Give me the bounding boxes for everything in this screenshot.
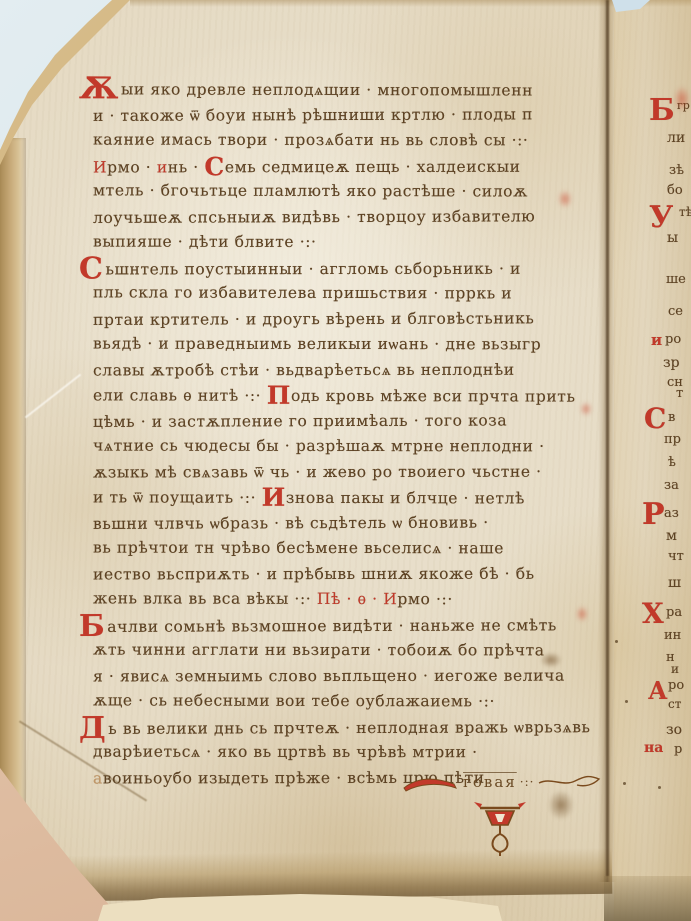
bottom-right-shadow xyxy=(604,876,691,921)
text-segment: дварѣиетьсѧ · яко вь цртвѣ вь чрѣвѣ мтри… xyxy=(93,743,478,762)
jug-ornament-icon xyxy=(468,798,532,856)
text-segment: иество вьсприѫть · и прѣбывь шниѫ якоже … xyxy=(93,564,535,583)
catchword-text: говая xyxy=(463,773,517,791)
folio-fragment: и xyxy=(671,662,679,676)
folio-fragment: р xyxy=(674,742,682,757)
text-line: лоучьшеѫ спсьныиѫ видѣвь · творцоу избав… xyxy=(93,204,609,231)
text-segment: вьшни члвчь ѡбразь · вѣ сьдѣтель ѡ бнови… xyxy=(93,513,489,532)
rubric-segment: И xyxy=(93,158,107,176)
text-line: и · такоже ѿ боуи нынѣ рѣшниши кртлю · п… xyxy=(93,102,609,129)
text-segment: я · явисѧ земныимь слово вьпльщено · иег… xyxy=(93,666,565,685)
text-segment: цѣмь · и застѫпление го приимѣаль · того… xyxy=(93,411,507,430)
text-segment: нь · xyxy=(168,158,205,176)
text-line: дварѣиетьсѧ · яко вь цртвѣ вь чрѣвѣ мтри… xyxy=(93,740,609,766)
folio-fragment: Б xyxy=(649,93,675,128)
folio-fragment: ро xyxy=(668,678,684,693)
text-line: Бачлви сомьнѣ вьзмошное видѣти · наньже … xyxy=(93,612,609,639)
folio-fragment: в xyxy=(668,410,675,425)
folio-fragment: аз xyxy=(664,506,679,521)
text-segment: емь седмицеѫ пещь · халдеискыи xyxy=(225,157,521,176)
text-line: цѣмь · и застѫпление го приимѣаль · того… xyxy=(93,408,609,435)
folio-fragment: зо xyxy=(666,722,682,738)
catchword: говая ·:· xyxy=(402,770,603,794)
text-segment: пртаи кртитель · и дроугь вѣрень и блгов… xyxy=(93,309,534,329)
folio-fragment: Х xyxy=(642,597,664,630)
folio-fragment: ин xyxy=(664,628,681,643)
text-line: выпияше · дѣти блвите ·:· xyxy=(93,230,609,256)
text-line: ѫть чинни агглати ни вьзирати · тобоиѫ б… xyxy=(93,638,609,664)
folio-fragment: се xyxy=(668,304,683,319)
text-segment: ыи яко древле неплодѧщии · многопомышлен… xyxy=(121,80,533,99)
text-segment: и ть ѿ поущаить ·:· xyxy=(93,488,262,506)
manuscript-photo: БгрлизѣбоУтѣышесеирозрснтСвпрѣзаРазмчтшХ… xyxy=(0,0,691,921)
ink-speck xyxy=(625,700,628,703)
text-line: ели славь ѳ нитѣ ·:· Подь кровь мѣже вси… xyxy=(93,382,609,409)
text-block: Ѫыи яко древле неплодѧщии · многопомышле… xyxy=(93,77,609,791)
text-line: славы ѫтробѣ стѣи · вьдварѣетьсѧ вь непл… xyxy=(93,357,609,383)
text-line: я · явисѧ земныимь слово вьпльщено · иег… xyxy=(93,663,609,689)
text-line: ѫзыкь мѣ свѧзавь ѿ чь · и жево ро твоиег… xyxy=(93,459,609,485)
text-line: пль скла го избавителева пришьствия · пр… xyxy=(93,280,609,307)
folio-fragment: ро xyxy=(665,332,681,347)
text-line: мтель · бгочьтьце пламлютѣ яко растѣше ·… xyxy=(93,178,609,205)
folio-fragment: Р xyxy=(642,497,665,532)
text-segment: вь прѣчтои тн чрѣво бесѣмене вьселисѧ · … xyxy=(93,539,504,558)
folio-fragment: ли xyxy=(667,130,685,146)
folio-fragment: С xyxy=(644,402,666,435)
text-segment: каяние имась твори · прозѧбати нь вь сло… xyxy=(93,131,528,150)
catchword-tail-flourish-icon xyxy=(537,771,603,793)
text-line: Ирмо · инь · Семь седмицеѫ пещь · халдеи… xyxy=(93,153,609,179)
rubric-segment: Пѣ · ѳ · xyxy=(317,590,383,608)
text-segment: рмо · xyxy=(107,158,157,176)
text-line: Дь вь велики днь сь прчтеѫ · неплодная в… xyxy=(93,714,609,741)
page-stack-edge xyxy=(0,138,26,862)
rubric-segment: С xyxy=(204,152,225,181)
drop-initial: Ѫ xyxy=(79,71,119,106)
folio-fragment: ст xyxy=(668,697,681,711)
text-segment: выпияше · дѣти блвите ·:· xyxy=(93,233,317,251)
ink-blot xyxy=(540,652,562,668)
rubric-segment: П xyxy=(267,381,291,410)
text-segment: ьшнтель поустыинныи · аггломь сьборьникь… xyxy=(105,259,521,278)
text-segment: знова пакы и блчце · нетлѣ xyxy=(286,489,525,508)
ink-speck xyxy=(615,640,618,643)
text-line: жень влка вь вса вѣкы ·:· Пѣ · ѳ · Ирмо … xyxy=(93,586,609,613)
catchword-trailing: ·:· xyxy=(520,775,535,789)
text-segment: ѫзыкь мѣ свѧзавь ѿ чь · и жево ро твоиег… xyxy=(93,462,542,481)
red-smudge xyxy=(558,190,572,208)
text-line: ѫще · сь небесными вои тебе оублажаиемь … xyxy=(93,688,609,715)
folio-fragment: тѣ xyxy=(679,205,691,219)
folio-fragment: м xyxy=(666,528,677,544)
folio-fragment: на xyxy=(644,740,663,756)
text-line: пртаи кртитель · и дроугь вѣрень и блгов… xyxy=(93,306,609,333)
folio-fragment: ы xyxy=(667,230,678,246)
text-segment: а xyxy=(93,769,103,787)
text-segment: славы ѫтробѣ стѣи · вьдварѣетьсѧ вь непл… xyxy=(93,360,515,379)
text-segment: пль скла го избавителева пришьствия · пр… xyxy=(93,283,512,302)
text-segment: мтель · бгочьтьце пламлютѣ яко растѣше ·… xyxy=(93,181,528,200)
red-smudge xyxy=(576,606,588,622)
ink-speck xyxy=(623,782,626,785)
ink-speck xyxy=(658,786,661,789)
folio-fragment: и xyxy=(651,331,662,349)
text-segment: ачлви сомьнѣ вьзмошное видѣти · наньже н… xyxy=(107,616,557,636)
folio-fragment: т xyxy=(676,386,683,401)
stain xyxy=(548,790,574,820)
rubric-segment: и xyxy=(157,158,168,176)
rubric-segment: И xyxy=(262,483,286,512)
text-line: каяние имась твори · прозѧбати нь вь сло… xyxy=(93,128,609,154)
catchword-flourish-icon xyxy=(402,770,460,794)
text-line: иество вьсприѫть · и прѣбывь шниѫ якоже … xyxy=(93,561,609,587)
text-line: и ть ѿ поущаить ·:· Изнова пакы и блчце … xyxy=(93,484,609,511)
folio-fragment: ра xyxy=(666,605,682,620)
text-segment: рмо ·:· xyxy=(397,590,453,608)
text-segment: ели славь ѳ нитѣ ·:· xyxy=(93,386,267,404)
text-line: вьшни члвчь ѡбразь · вѣ сьдѣтель ѡ бнови… xyxy=(93,510,609,537)
folio-fragment: зѣ xyxy=(669,163,684,178)
folio-fragment: ше xyxy=(666,272,686,287)
folio-fragment: чт xyxy=(668,549,684,564)
text-segment: лоучьшеѫ спсьныиѫ видѣвь · творцоу избав… xyxy=(93,207,535,227)
folio-fragment: ш xyxy=(668,575,681,591)
red-smudge xyxy=(580,402,592,416)
text-line: чѧтние сь чюдесы бы · разрѣшаѫ мтрне неп… xyxy=(93,434,609,460)
text-segment: жень влка вь вса вѣкы ·:· xyxy=(93,589,317,608)
folio-fragment: зр xyxy=(663,355,680,371)
folio-fragment: бо xyxy=(667,183,683,198)
folio-fragment: ѣ xyxy=(668,455,676,470)
text-segment: чѧтние сь чюдесы бы · разрѣшаѫ мтрне неп… xyxy=(93,437,545,456)
text-line: Ѫыи яко древле неплодѧщии · многопомышле… xyxy=(93,76,609,103)
text-line: Сьшнтель поустыинныи · аггломь сьборьник… xyxy=(93,255,609,281)
text-line: вьядѣ · и праведныимь великыи иѡань · дн… xyxy=(93,332,609,358)
text-segment: ь вь велики днь сь прчтеѫ · неплодная вр… xyxy=(108,718,590,738)
text-segment: одь кровь мѣже вси прчта прить xyxy=(291,387,576,406)
text-line: вь прѣчтои тн чрѣво бесѣмене вьселисѧ · … xyxy=(93,536,609,562)
text-segment: вьядѣ · и праведныимь великыи иѡань · дн… xyxy=(93,335,541,354)
rubric-segment: И xyxy=(383,590,397,608)
folio-fragment: пр xyxy=(664,432,681,447)
folio-fragment: А xyxy=(648,676,668,705)
red-smudge xyxy=(674,86,690,112)
text-segment: ѫть чинни агглати ни вьзирати · тобоиѫ б… xyxy=(93,641,545,660)
folio-fragment: за xyxy=(664,478,679,493)
text-segment: ѫще · сь небесными вои тебе оублажаиемь … xyxy=(93,691,495,710)
text-segment: и · такоже ѿ боуи нынѣ рѣшниши кртлю · п… xyxy=(93,105,533,125)
